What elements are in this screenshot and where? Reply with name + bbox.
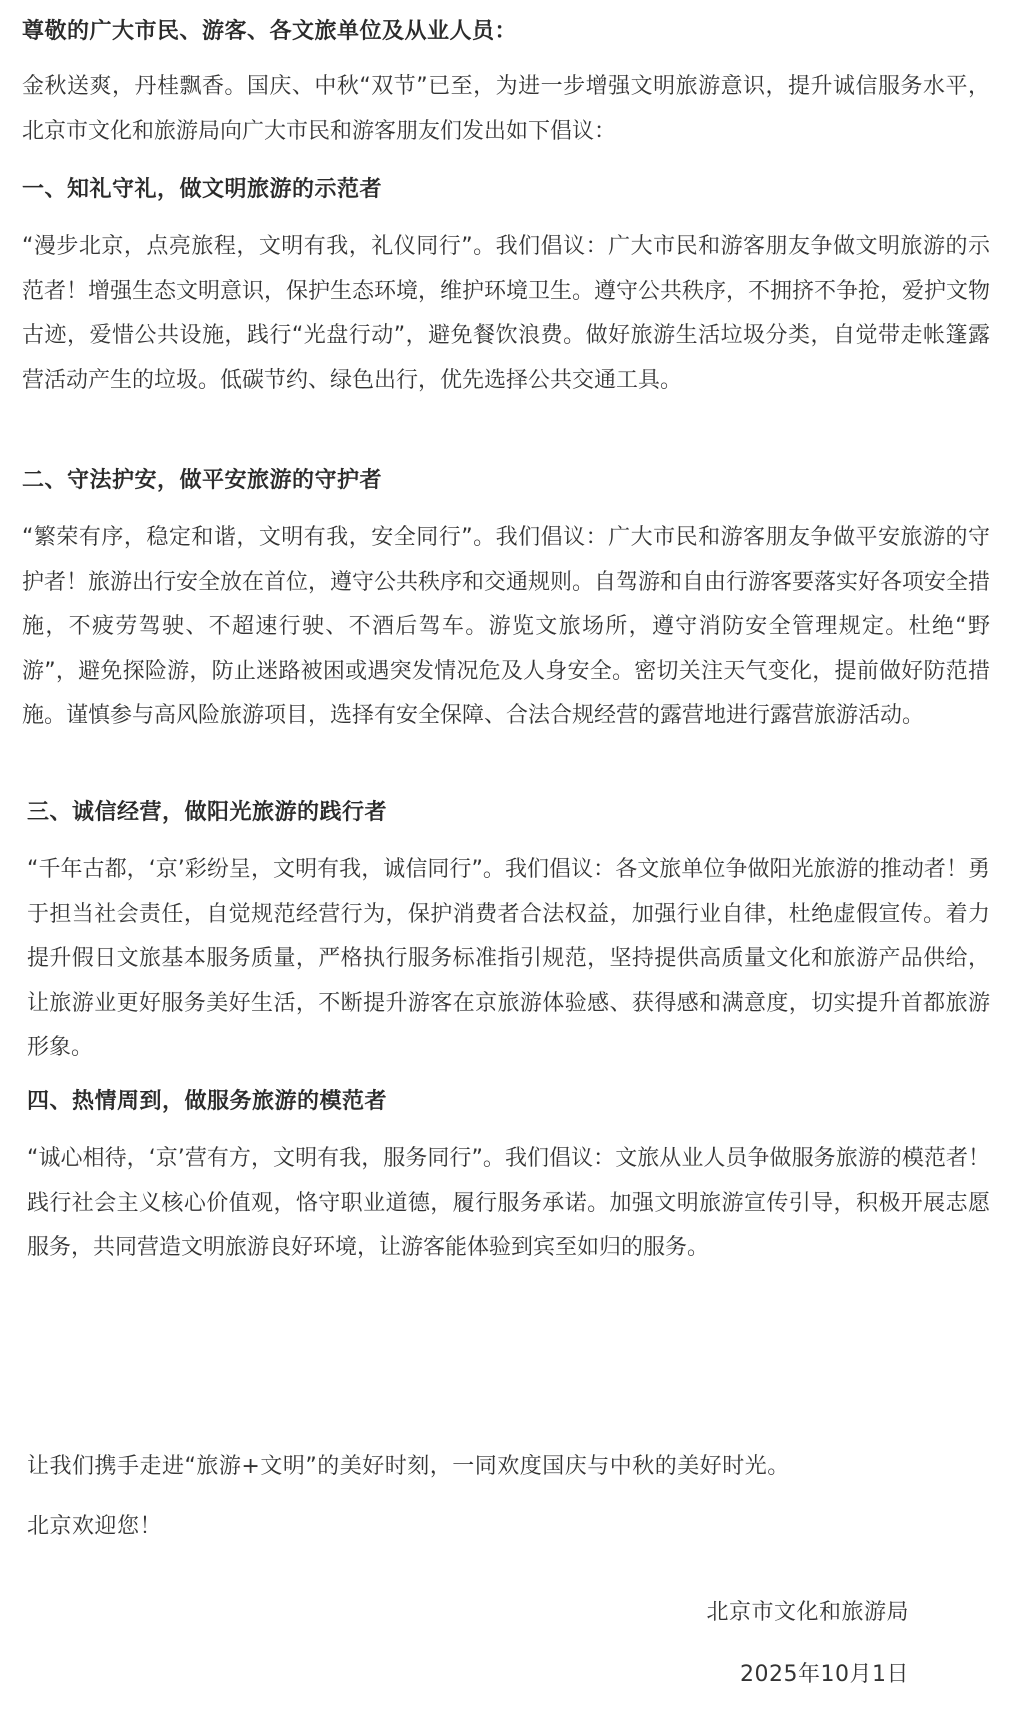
section-3-body: “千年古都，‘京’彩纷呈，文明有我，诚信同行”。我们倡议：各文旅单位争做阳光旅游… bbox=[27, 848, 990, 1071]
section-1-heading: 一、知礼守礼，做文明旅游的示范者 bbox=[22, 175, 382, 205]
section-1-body: “漫步北京，点亮旅程，文明有我，礼仪同行”。我们倡议：广大市民和游客朋友争做文明… bbox=[22, 225, 990, 403]
closing-paragraph: 让我们携手走进“旅游+文明”的美好时刻，一同欢度国庆与中秋的美好时光。 bbox=[27, 1452, 790, 1482]
section-4-heading: 四、热情周到，做服务旅游的模范者 bbox=[27, 1087, 387, 1117]
welcome-line: 北京欢迎您！ bbox=[27, 1512, 162, 1542]
intro-paragraph: 金秋送爽，丹桂飘香。国庆、中秋“双节”已至，为进一步增强文明旅游意识，提升诚信服… bbox=[22, 65, 990, 154]
salutation: 尊敬的广大市民、游客、各文旅单位及从业人员： bbox=[22, 17, 517, 47]
date: 2025年10月1日 bbox=[740, 1660, 909, 1690]
section-2-body: “繁荣有序，稳定和谐，文明有我，安全同行”。我们倡议：广大市民和游客朋友争做平安… bbox=[22, 516, 990, 739]
section-2-heading: 二、守法护安，做平安旅游的守护者 bbox=[22, 466, 382, 496]
signature: 北京市文化和旅游局 bbox=[706, 1598, 909, 1628]
section-3-heading: 三、诚信经营，做阳光旅游的践行者 bbox=[27, 798, 387, 828]
section-4-body: “诚心相待，‘京’营有方，文明有我，服务同行”。我们倡议：文旅从业人员争做服务旅… bbox=[27, 1137, 990, 1271]
